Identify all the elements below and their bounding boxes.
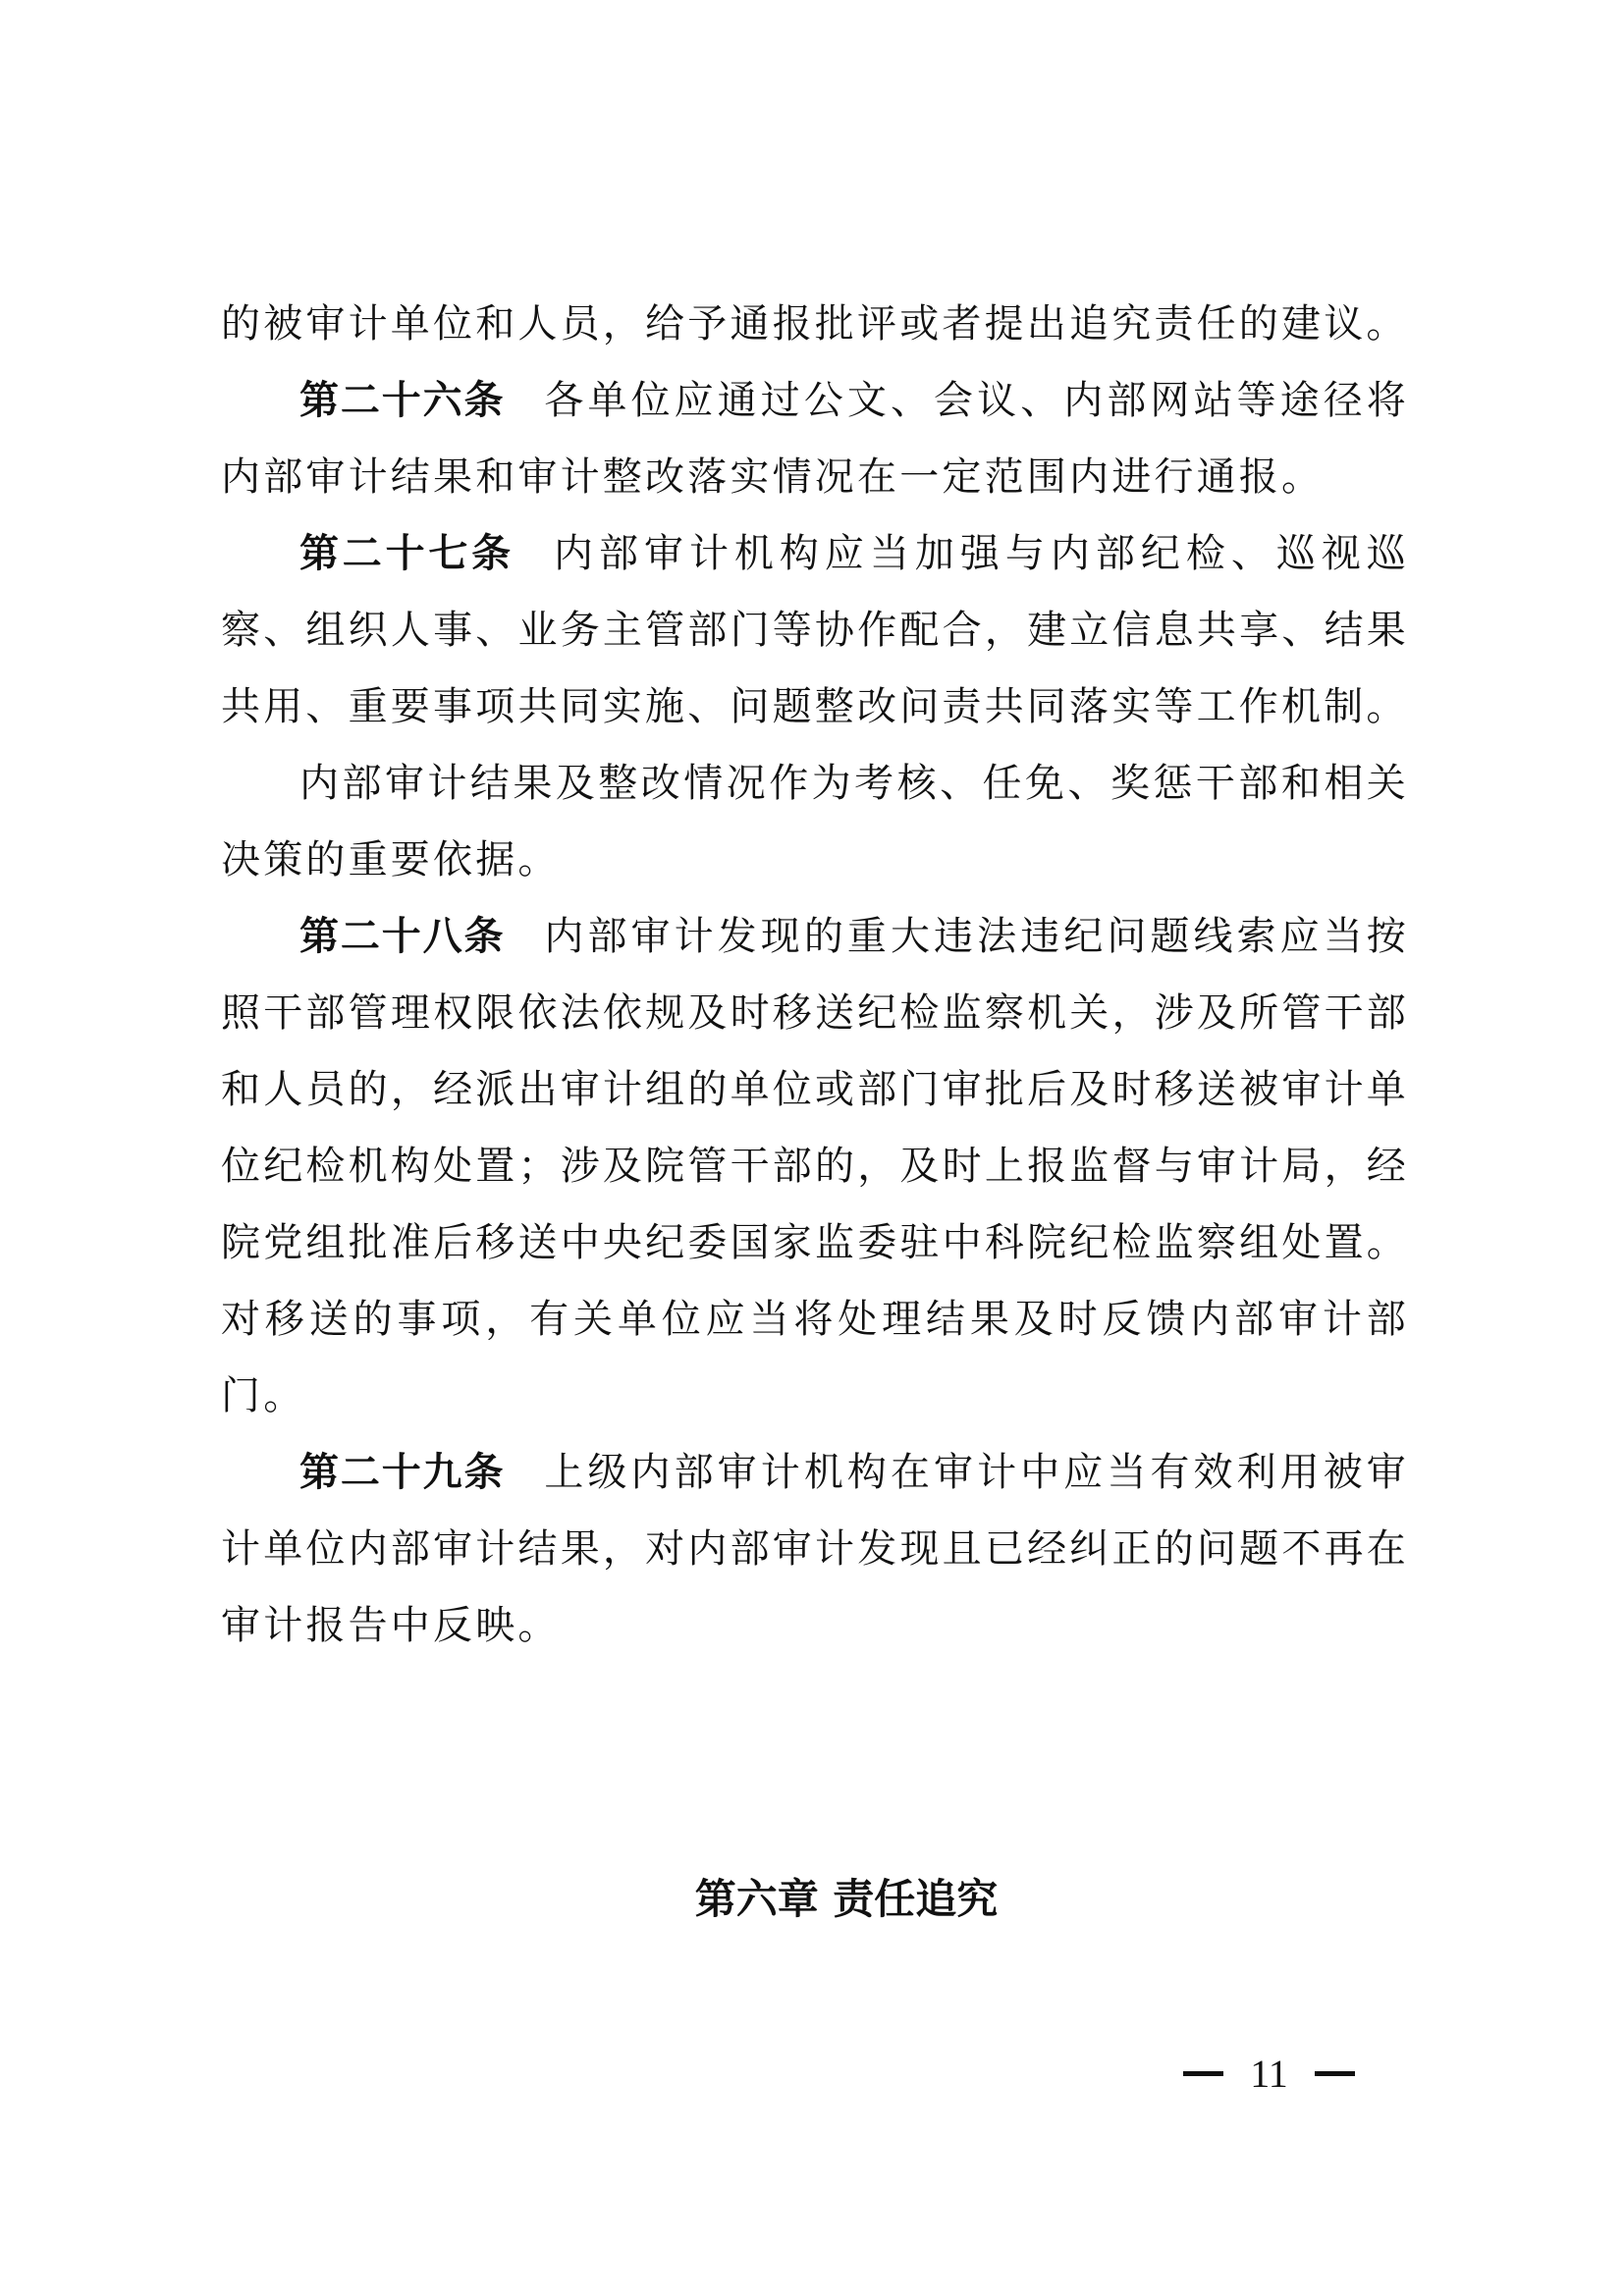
document-body: 的被审计单位和人员，给予通报批评或者提出追究责任的建议。 第二十六条各单位应通过… [221,286,1409,1664]
dash-right-icon [1315,2071,1355,2076]
paragraph-text: 内部审计结果及整改情况作为考核、任免、奖惩干部和相关决策的重要依据。 [221,761,1409,882]
article-28: 第二十八条内部审计发现的重大违法违纪问题线索应当按照干部管理权限依法依规及时移送… [221,898,1409,1434]
page-number: 11 [1250,2051,1288,2097]
paragraph-text: 的被审计单位和人员，给予通报批评或者提出追究责任的建议。 [221,301,1409,347]
article-26: 第二十六条各单位应通过公文、会议、内部网站等途径将内部审计结果和审计整改落实情况… [221,362,1409,515]
chapter-title: 第六章 责任追究 [0,1865,1624,1934]
article-27-paragraph-2: 内部审计结果及整改情况作为考核、任免、奖惩干部和相关决策的重要依据。 [221,745,1409,898]
document-page: 的被审计单位和人员，给予通报批评或者提出追究责任的建议。 第二十六条各单位应通过… [0,0,1624,2296]
article-number: 第二十六条 [299,378,505,423]
article-27: 第二十七条内部审计机构应当加强与内部纪检、巡视巡察、组织人事、业务主管部门等协作… [221,515,1409,745]
article-number: 第二十八条 [299,914,505,959]
dash-left-icon [1183,2071,1223,2076]
article-number: 第二十七条 [299,531,514,576]
paragraph-continuation: 的被审计单位和人员，给予通报批评或者提出追究责任的建议。 [221,286,1409,362]
article-text: 内部审计发现的重大违法违纪问题线索应当按照干部管理权限依法依规及时移送纪检监察机… [221,914,1409,1418]
article-number: 第二十九条 [299,1450,505,1495]
article-29: 第二十九条上级内部审计机构在审计中应当有效利用被审计单位内部审计结果，对内部审计… [221,1434,1409,1664]
page-footer: 11 [1183,2044,1355,2103]
